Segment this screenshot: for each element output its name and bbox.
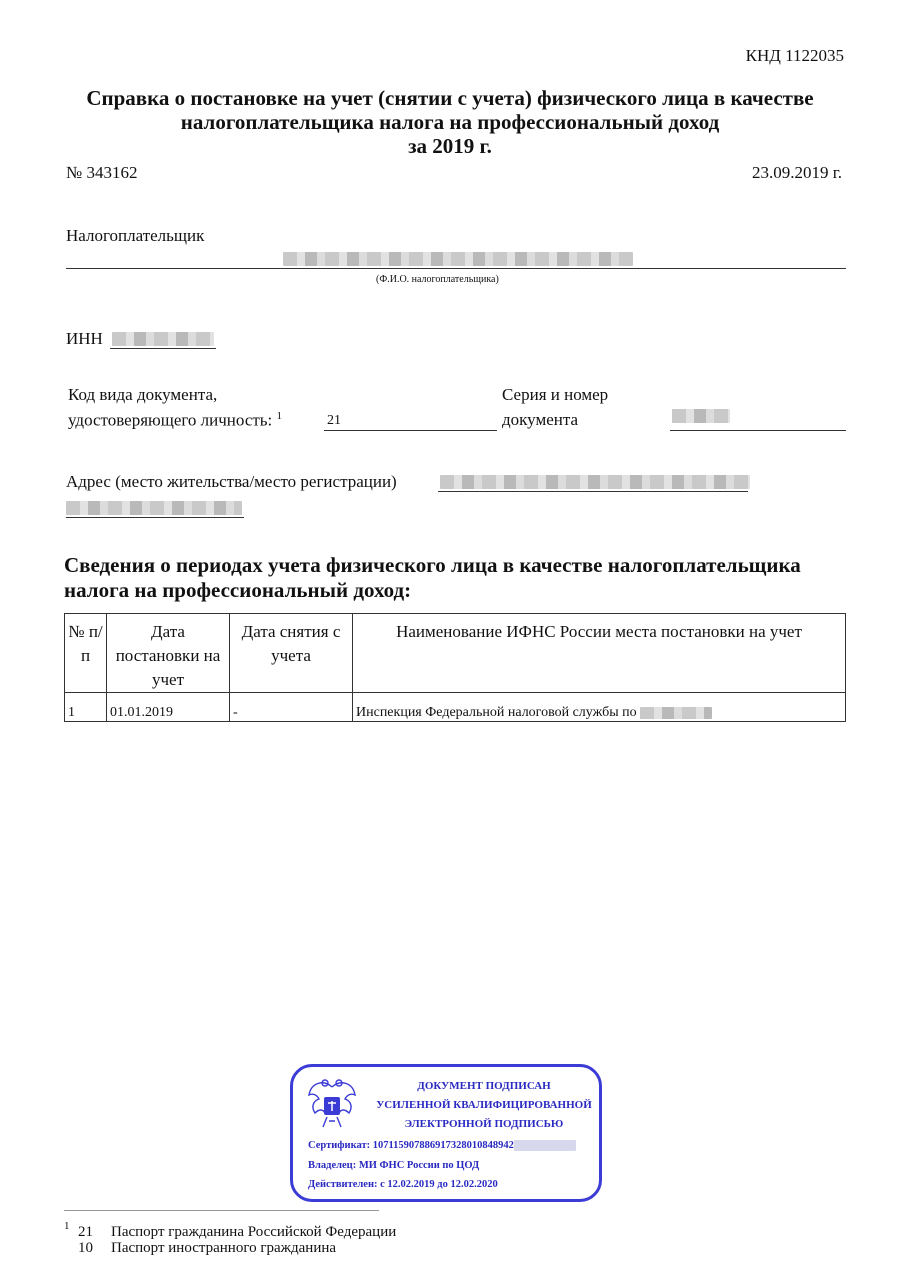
taxpayer-label: Налогоплательщик (66, 226, 204, 246)
ifns-redacted (640, 707, 712, 719)
stamp-certificate-text: Сертификат: 107115907886917328010848942 (308, 1140, 514, 1151)
signature-stamp: ДОКУМЕНТ ПОДПИСАН УСИЛЕННОЙ КВАЛИФИЦИРОВ… (290, 1064, 602, 1202)
inn-line (110, 348, 216, 349)
footnote-code: 21 (78, 1224, 111, 1240)
footnote-divider (64, 1210, 379, 1211)
document-title: Справка о постановке на учет (снятии с у… (40, 86, 860, 158)
periods-heading-line-1: Сведения о периодах учета физического ли… (64, 553, 864, 578)
cell-start-date: 01.01.2019 (107, 693, 230, 722)
title-line-2: налогоплательщика налога на профессионал… (40, 110, 860, 134)
footnote-marker: 1 (64, 1220, 70, 1232)
inn-label: ИНН (66, 329, 103, 349)
col-end-date: Дата снятия с учета (230, 614, 353, 693)
knd-code: КНД 1122035 (746, 46, 844, 66)
doc-series-redacted (672, 409, 730, 423)
doc-series-label-2: документа (502, 410, 578, 430)
col-ifns: Наименование ИФНС России места постановк… (353, 614, 846, 693)
title-line-3: за 2019 г. (40, 134, 860, 158)
stamp-certificate: Сертификат: 107115907886917328010848942 (308, 1140, 576, 1151)
stamp-heading-line-1: ДОКУМЕНТ ПОДПИСАН (371, 1077, 597, 1096)
cell-ifns: Инспекция Федеральной налоговой службы п… (353, 693, 846, 722)
doc-series-label-1: Серия и номер (502, 385, 608, 405)
doc-code-label-1: Код вида документа, (68, 385, 217, 405)
doc-code-line (324, 430, 497, 431)
document-number: № 343162 (66, 163, 137, 183)
doc-code-label-2: удостоверяющего личность: 1 (68, 410, 282, 431)
doc-code-value: 21 (327, 413, 341, 429)
footnote: 1 21Паспорт гражданина Российской Федера… (64, 1218, 70, 1239)
certificate-redacted (514, 1140, 576, 1151)
taxpayer-name-caption: (Ф.И.О. налогоплательщика) (376, 274, 499, 285)
address-line-1 (438, 491, 748, 492)
address-label: Адрес (место жительства/место регистраци… (66, 472, 397, 492)
periods-table: № п/п Дата постановки на учет Дата сняти… (64, 613, 846, 722)
periods-heading-line-2: налога на профессиональный доход: (64, 578, 864, 603)
table-row: 1 01.01.2019 - Инспекция Федеральной нал… (65, 693, 846, 722)
address-redacted-2 (66, 501, 242, 515)
stamp-heading-line-3: ЭЛЕКТРОННОЙ ПОДПИСЬЮ (371, 1115, 597, 1134)
col-start-date: Дата постановки на учет (107, 614, 230, 693)
col-number: № п/п (65, 614, 107, 693)
title-line-1: Справка о постановке на учет (снятии с у… (40, 86, 860, 110)
doc-code-label-text: удостоверяющего личность: (68, 411, 272, 430)
footnote-item-10: 10Паспорт иностранного гражданина (78, 1240, 336, 1256)
taxpayer-name-line (66, 268, 846, 269)
address-line-2 (66, 517, 244, 518)
periods-heading: Сведения о периодах учета физического ли… (64, 553, 864, 603)
table-header-row: № п/п Дата постановки на учет Дата сняти… (65, 614, 846, 693)
footnote-item-21: 21Паспорт гражданина Российской Федераци… (78, 1224, 396, 1240)
cell-ifns-text: Инспекция Федеральной налоговой службы п… (356, 705, 637, 720)
footnote-code: 10 (78, 1240, 111, 1256)
coat-of-arms-icon (305, 1073, 359, 1133)
address-redacted-1 (440, 475, 750, 489)
cell-end-date: - (230, 693, 353, 722)
stamp-heading-line-2: УСИЛЕННОЙ КВАЛИФИЦИРОВАННОЙ (371, 1096, 597, 1115)
footnote-text: Паспорт гражданина Российской Федерации (111, 1224, 396, 1240)
footnote-text: Паспорт иностранного гражданина (111, 1240, 336, 1256)
stamp-validity: Действителен: с 12.02.2019 до 12.02.2020 (308, 1179, 498, 1190)
document-date: 23.09.2019 г. (752, 163, 842, 183)
footnote-mark: 1 (277, 410, 283, 422)
stamp-owner: Владелец: МИ ФНС России по ЦОД (308, 1160, 479, 1171)
stamp-heading: ДОКУМЕНТ ПОДПИСАН УСИЛЕННОЙ КВАЛИФИЦИРОВ… (371, 1077, 597, 1134)
cell-number: 1 (65, 693, 107, 722)
inn-value-redacted (112, 332, 214, 346)
taxpayer-name-redacted (283, 252, 633, 266)
doc-series-line (670, 430, 846, 431)
